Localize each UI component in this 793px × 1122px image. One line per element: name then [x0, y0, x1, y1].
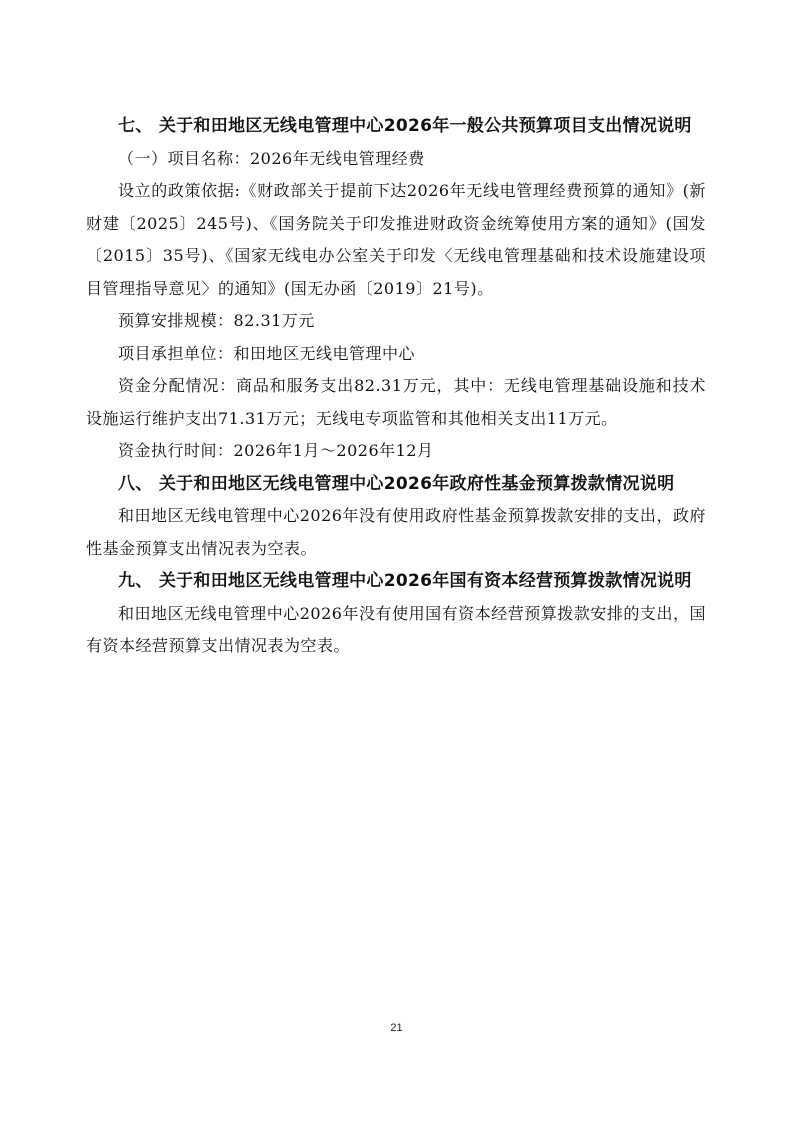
page-number: 21 [0, 1022, 793, 1034]
responsible-unit: 项目承担单位：和田地区无线电管理中心 [86, 338, 706, 371]
project-name: （一）项目名称：2026年无线电管理经费 [86, 143, 706, 176]
section-8: 八、 关于和田地区无线电管理中心2026年政府性基金预算拨款情况说明 和田地区无… [86, 468, 706, 566]
document-page: 七、 关于和田地区无线电管理中心2026年一般公共预算项目支出情况说明 （一）项… [86, 110, 706, 663]
fund-allocation: 资金分配情况：商品和服务支出82.31万元，其中：无线电管理基础设施和技术设施运… [86, 370, 706, 435]
section-9: 九、 关于和田地区无线电管理中心2026年国有资本经营预算拨款情况说明 和田地区… [86, 565, 706, 663]
section-paragraph: 和田地区无线电管理中心2026年没有使用国有资本经营预算拨款安排的支出，国有资本… [86, 598, 706, 663]
budget-scale: 预算安排规模：82.31万元 [86, 305, 706, 338]
policy-basis: 设立的政策依据:《财政部关于提前下达2026年无线电管理经费预算的通知》(新财建… [86, 175, 706, 305]
section-paragraph: 和田地区无线电管理中心2026年没有使用政府性基金预算拨款安排的支出，政府性基金… [86, 500, 706, 565]
execution-period: 资金执行时间：2026年1月～2026年12月 [86, 435, 706, 468]
section-7: 七、 关于和田地区无线电管理中心2026年一般公共预算项目支出情况说明 （一）项… [86, 110, 706, 468]
section-heading: 七、 关于和田地区无线电管理中心2026年一般公共预算项目支出情况说明 [86, 110, 706, 143]
section-heading: 九、 关于和田地区无线电管理中心2026年国有资本经营预算拨款情况说明 [86, 565, 706, 598]
section-heading: 八、 关于和田地区无线电管理中心2026年政府性基金预算拨款情况说明 [86, 468, 706, 501]
